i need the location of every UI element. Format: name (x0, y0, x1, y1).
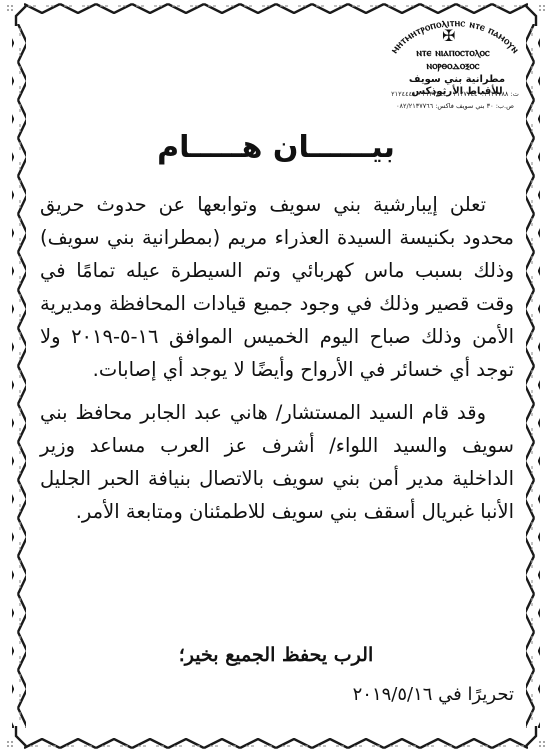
closing-blessing: الرب يحفظ الجميع بخير؛ (0, 640, 552, 670)
coptic-line-2: ⲛⲟⲣⲑⲟⲇⲟⲝⲟⲥ (398, 60, 508, 72)
paragraph-incident: تعلن إيبارشية بني سويف وتوابعها عن حدوث … (40, 188, 514, 386)
page-title: بيــــــان هـــــام (0, 128, 552, 168)
phone-numbers: ت: ٢١٣٧٧٨٨ - ٢١٢٧٧٤٤ - ٢١٣٧٧٤٤ - ٢١٢٤٤٤٨ (380, 90, 530, 99)
postal-address: ص.ب: ٣٠ بني سويف فاكس: ٠٨٢/٢١٣٧٧٦٦ (380, 102, 530, 111)
issue-date: تحريرًا في ٢٠١٩/٥/١٦ (320, 680, 514, 710)
statement-body: تعلن إيبارشية بني سويف وتوابعها عن حدوث … (40, 188, 514, 528)
coptic-line-1: ⲛⲧⲉ ⲛⲓⲁⲡⲟⲥⲧⲟⲗⲟⲥ (398, 47, 508, 59)
cross-icon: ✠ (442, 28, 455, 44)
letterhead-logo: ⲙⲏⲧⲙⲏⲧⲣⲟⲡⲟⲗⲓⲧⲏⲥ ⲛⲧⲉ ⲡⲁⲙⲟⲩⲛ ✠ ⲛⲧⲉ ⲛⲓⲁⲡⲟⲥⲧ… (380, 20, 530, 115)
paragraph-officials: وقد قام السيد المستشار/ هاني عبد الجابر … (40, 396, 514, 528)
